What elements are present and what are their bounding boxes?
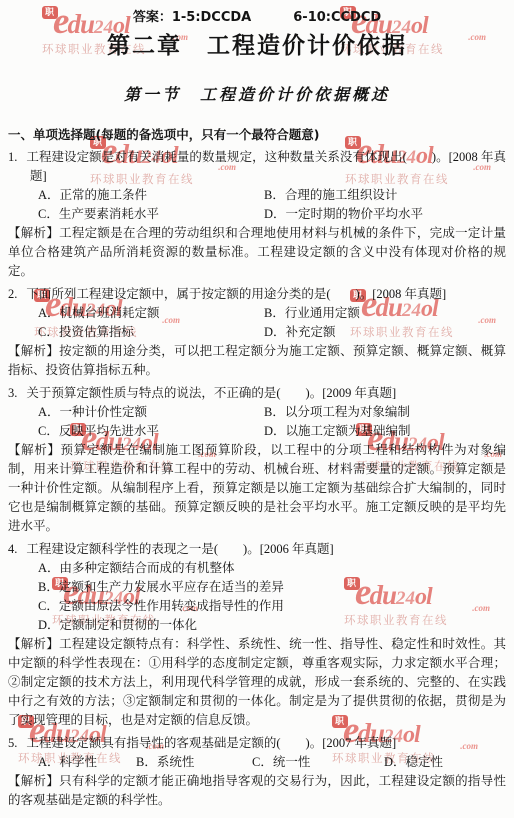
option-d: D．定额制定和贯彻的一体化 — [38, 616, 506, 635]
option-c: C．投资估算指标 — [38, 323, 260, 342]
options-group: A．正常的施工条件 B．合理的施工组织设计 C．生产要素消耗水平 D．一定时期的… — [8, 186, 506, 224]
options-group: A．科学性 B．系统性 C．统一性 D．稳定性 — [8, 753, 506, 772]
analysis-text: 【解析】只有科学的定额才能正确地指导客观的交易行为，因此，工程建设定额的指导性的… — [8, 772, 506, 810]
question-stem: 4.工程建设定额科学性的表现之一是( )。[2006 年真题] — [8, 540, 506, 559]
option-c: C．统一性 — [252, 753, 380, 772]
option-a: A．科学性 — [38, 753, 132, 772]
question-stem: 3.关于预算定额性质与特点的说法，不正确的是( )。[2009 年真题] — [8, 384, 506, 403]
answer-key-line: 答案：1-5:DCCDA6-10:CCDCD — [8, 6, 506, 25]
option-a: A．机械台班消耗定额 — [38, 304, 260, 323]
question-2: 2.下面所列工程建设定额中，属于按定额的用途分类的是( )。[2008 年真题]… — [8, 285, 506, 380]
option-b: B．定额和生产力发展水平应存在适当的差异 — [38, 578, 506, 597]
scanned-exam-page: 职edu24ol .com 环球职业教育在线 职edu24ol .com 环球职… — [0, 0, 514, 818]
question-number: 3. — [8, 386, 17, 400]
options-group: A．机械台班消耗定额 B．行业通用定额 C．投资估算指标 D．补充定额 — [8, 304, 506, 342]
question-list: 一、单项选择题(每题的备选项中，只有一个最符合题意) 1.工程建设定额是对有关消… — [8, 125, 506, 810]
options-group: A．一种计价性定额 B．以分项工程为对象编制 C．反映平均先进水平 D．以施工定… — [8, 403, 506, 441]
page-content: 答案：1-5:DCCDA6-10:CCDCD 第二章 工程造价计价依据 第一节 … — [0, 0, 514, 810]
option-c: C．生产要素消耗水平 — [38, 205, 260, 224]
options-group: A．由多种定额结合而成的有机整体 B．定额和生产力发展水平应存在适当的差异 C．… — [8, 559, 506, 635]
option-b: B．系统性 — [136, 753, 248, 772]
question-1: 1.工程建设定额是对有关消耗量的数量规定，这种数量关系没有体现出( )。[200… — [8, 148, 506, 281]
option-d: D．以施工定额为基础编制 — [264, 422, 506, 441]
option-b: B．行业通用定额 — [264, 304, 506, 323]
option-d: D．补充定额 — [264, 323, 506, 342]
question-number: 2. — [8, 287, 17, 301]
option-b: B．合理的施工组织设计 — [264, 186, 506, 205]
option-a: A．一种计价性定额 — [38, 403, 260, 422]
answer-key-label: 答案： — [133, 10, 172, 25]
option-a: A．正常的施工条件 — [38, 186, 260, 205]
option-b: B．以分项工程为对象编制 — [264, 403, 506, 422]
chapter-title: 第二章 工程造价计价依据 — [8, 31, 506, 61]
question-number: 1. — [8, 150, 17, 164]
question-number: 4. — [8, 542, 17, 556]
question-4: 4.工程建设定额科学性的表现之一是( )。[2006 年真题] A．由多种定额结… — [8, 540, 506, 730]
option-d: D．一定时期的物价平均水平 — [264, 205, 506, 224]
option-d: D．稳定性 — [384, 753, 506, 772]
question-3: 3.关于预算定额性质与特点的说法，不正确的是( )。[2009 年真题] A．一… — [8, 384, 506, 536]
option-a: A．由多种定额结合而成的有机整体 — [38, 559, 506, 578]
question-5: 5.工程建设定额具有指导性的客观基础是定额的( )。[2007 年真题] A．科… — [8, 734, 506, 810]
analysis-text: 【解析】预算定额是在编制施工图预算阶段，以工程中的分项工程和结构构件为对象编制，… — [8, 441, 506, 536]
question-stem: 1.工程建设定额是对有关消耗量的数量规定，这种数量关系没有体现出( )。[200… — [8, 148, 506, 186]
answer-key-6-10: 6-10:CCDCD — [293, 10, 381, 25]
analysis-text: 【解析】工程定额是在合理的劳动组织和合理地使用材料与机械的条件下，完成一定计量单… — [8, 224, 506, 281]
analysis-text: 【解析】工程建设定额特点有：科学性、系统性、统一性、指导性、稳定性和时效性。其中… — [8, 635, 506, 730]
question-number: 5. — [8, 736, 17, 750]
answer-key-1-5: 1-5:DCCDA — [172, 10, 251, 25]
section-title: 第一节 工程造价计价依据概述 — [8, 85, 506, 107]
question-stem: 2.下面所列工程建设定额中，属于按定额的用途分类的是( )。[2008 年真题] — [8, 285, 506, 304]
question-type-header: 一、单项选择题(每题的备选项中，只有一个最符合题意) — [8, 125, 506, 144]
analysis-text: 【解析】按定额的用途分类，可以把工程定额分为施工定额、预算定额、概算定额、概算指… — [8, 342, 506, 380]
option-c: C．定额由原法令性作用转变成指导性的作用 — [38, 597, 506, 616]
option-c: C．反映平均先进水平 — [38, 422, 260, 441]
question-stem: 5.工程建设定额具有指导性的客观基础是定额的( )。[2007 年真题] — [8, 734, 506, 753]
